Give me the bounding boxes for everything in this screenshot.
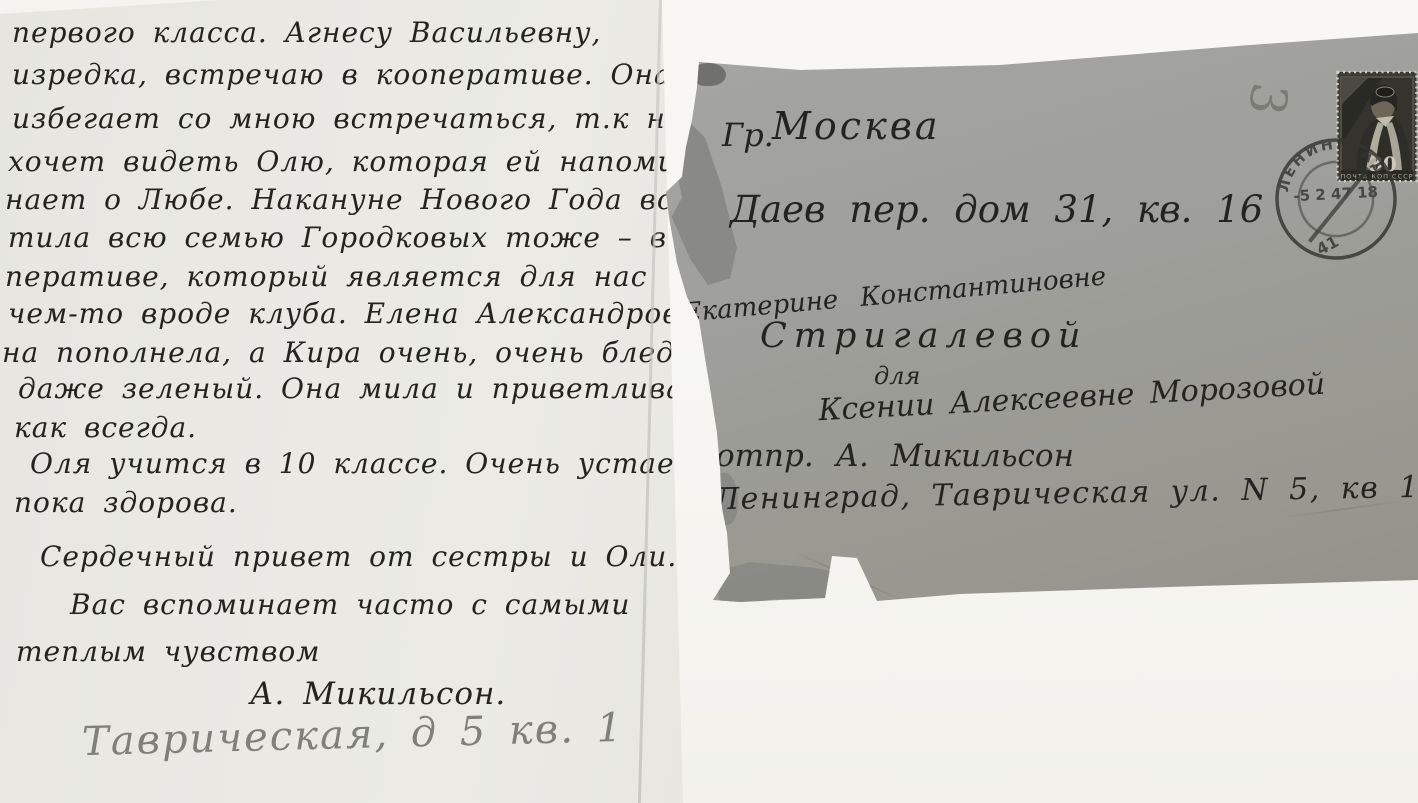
letter-line: изредка, встречаю в кооперативе. Она <box>12 58 672 91</box>
letter-line: нает о Любе. Накануне Нового Года встре <box>5 183 738 216</box>
envelope-city: Москва <box>772 104 941 148</box>
letter-signature: А. Микильсон. <box>250 676 506 712</box>
envelope-for-label: для <box>874 362 920 390</box>
letter-line: чем-то вроде клуба. Елена Александров- <box>8 297 690 330</box>
letter-line: первого класса. Агнесу Васильевну, <box>12 16 601 49</box>
envelope-street-line: Даев пер. дом 31, кв. 16 <box>730 188 1263 231</box>
letter-line: Вас вспоминает часто с самыми <box>70 588 630 621</box>
envelope-city-prefix: Гр. <box>722 116 774 154</box>
letter-line: избегает со мною встречаться, т.к не <box>12 102 683 135</box>
letter-line: Сердечный привет от сестры и Оли. <box>40 540 677 573</box>
letter-line: перативе, который является для нас <box>5 260 647 293</box>
envelope-sender-rule <box>660 30 902 36</box>
postmark-date: -5 2 47 18 <box>1293 183 1378 205</box>
envelope-torn-patch <box>693 63 726 86</box>
envelope-pencil-mark: 3 <box>1237 79 1299 119</box>
envelope-city-underline <box>660 26 844 34</box>
letter-line: даже зеленый. Она мила и приветлива, <box>18 372 694 405</box>
envelope-sender-line: отпр. А. Микильсон <box>716 438 1074 474</box>
pilot-goggles <box>1376 87 1394 97</box>
postmark-slash <box>1296 168 1383 241</box>
letter-line: пока здорова. <box>14 486 238 519</box>
letter-line: Оля учится в 10 классе. Очень устает, но <box>30 447 766 480</box>
letter-line: на пополнела, а Кира очень, очень бледны… <box>2 336 747 369</box>
envelope-front: Гр. Москва Даев пер. дом 31, кв. 16 Екат… <box>660 28 1418 613</box>
letter-page: первого класса. Агнесу Васильевну, изред… <box>0 0 700 803</box>
letter-line: как всегда. <box>14 411 197 444</box>
envelope-recipient-surname: Стригалевой <box>760 316 1087 356</box>
letter-line: теплым чувством <box>16 635 320 668</box>
envelope-sender-address: Ленинград, Таврическая ул. N 5, кв 1. <box>714 470 1418 518</box>
letter-pencil-address-note: Таврическая, д 5 кв. 1 <box>81 705 624 765</box>
letter-line: тила всю семью Городковых тоже – в коо- <box>8 221 748 254</box>
letter-line: хочет видеть Олю, которая ей напоми- <box>8 145 687 178</box>
